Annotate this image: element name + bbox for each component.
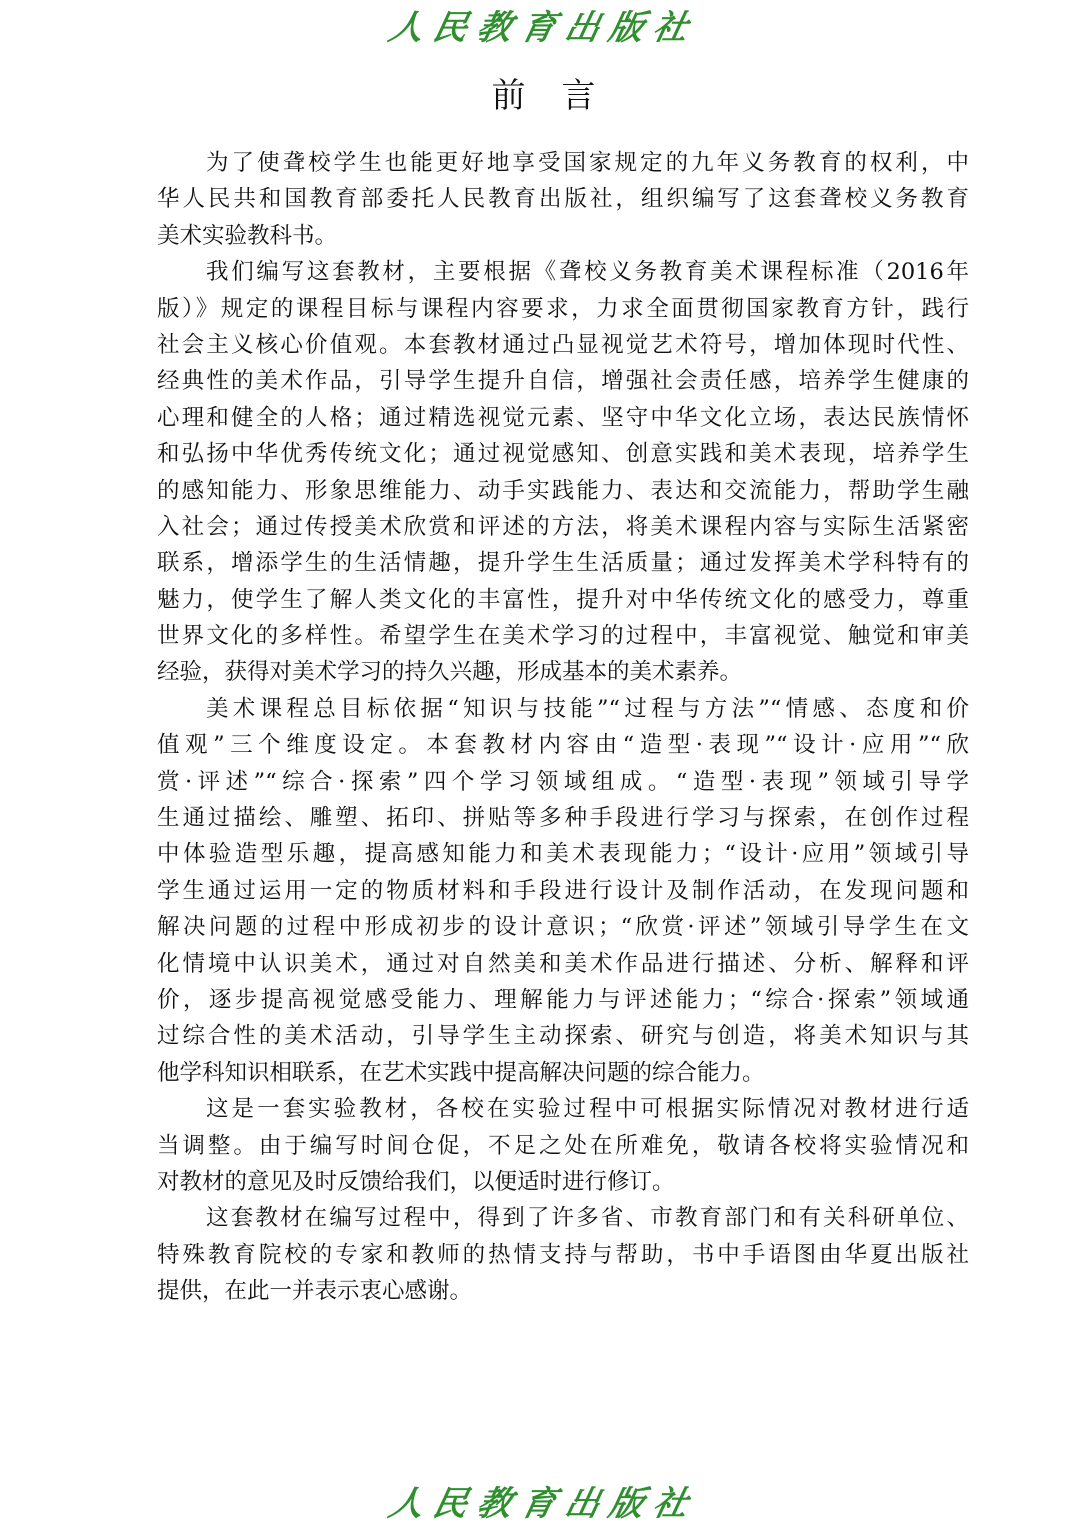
paragraph-4: 这是一套实验教材，各校在实验过程中可根据实际情况对教材进行适 当调整。由于编写时… bbox=[157, 1091, 969, 1200]
paragraph-line: 解决问题的过程中形成初步的设计意识；“欣赏·评述”领域引导学生在文 bbox=[157, 909, 969, 945]
page-title-char-2: 言 bbox=[562, 74, 596, 118]
paragraph-line: 提供，在此一并表示衷心感谢。 bbox=[157, 1273, 969, 1309]
paragraph-line: 的感知能力、形象思维能力、动手实践能力、表达和交流能力，帮助学生融 bbox=[157, 473, 969, 509]
paragraph-line: 和弘扬中华优秀传统文化；通过视觉感知、创意实践和美术表现，培养学生 bbox=[157, 436, 969, 472]
paragraph-line: 入社会；通过传授美术欣赏和评述的方法，将美术课程内容与实际生活紧密 bbox=[157, 509, 969, 545]
paragraph-5: 这套教材在编写过程中，得到了许多省、市教育部门和有关科研单位、 特殊教育院校的专… bbox=[157, 1200, 969, 1309]
publisher-logo-header: 人民教育出版社 bbox=[0, 8, 1087, 48]
paragraph-1: 为了使聋校学生也能更好地享受国家规定的九年义务教育的权利，中 华人民共和国教育部… bbox=[157, 145, 969, 254]
page-title: 前言 bbox=[0, 74, 1087, 118]
paragraph-line: 我们编写这套教材，主要根据《聋校义务教育美术课程标准（2016年 bbox=[157, 254, 969, 290]
paragraph-line: 值观”三个维度设定。本套教材内容由“造型·表现”“设计·应用”“欣 bbox=[157, 727, 969, 763]
paragraph-line: 经典性的美术作品，引导学生提升自信，增强社会责任感，培养学生健康的 bbox=[157, 363, 969, 399]
paragraph-line: 经验，获得对美术学习的持久兴趣，形成基本的美术素养。 bbox=[157, 654, 969, 690]
paragraph-line: 生通过描绘、雕塑、拓印、拼贴等多种手段进行学习与探索，在创作过程 bbox=[157, 800, 969, 836]
paragraph-line: 当调整。由于编写时间仓促，不足之处在所难免，敬请各校将实验情况和 bbox=[157, 1128, 969, 1164]
paragraph-3: 美术课程总目标依据“知识与技能”“过程与方法”“情感、态度和价 值观”三个维度设… bbox=[157, 691, 969, 1091]
paragraph-2: 我们编写这套教材，主要根据《聋校义务教育美术课程标准（2016年 版）》规定的课… bbox=[157, 254, 969, 691]
paragraph-line: 特殊教育院校的专家和教师的热情支持与帮助，书中手语图由华夏出版社 bbox=[157, 1237, 969, 1273]
paragraph-line: 学生通过运用一定的物质材料和手段进行设计及制作活动，在发现问题和 bbox=[157, 873, 969, 909]
paragraph-line: 价，逐步提高视觉感受能力、理解能力与评述能力；“综合·探索”领域通 bbox=[157, 982, 969, 1018]
paragraph-line: 这套教材在编写过程中，得到了许多省、市教育部门和有关科研单位、 bbox=[157, 1200, 969, 1236]
publisher-logo-footer: 人民教育出版社 bbox=[0, 1484, 1087, 1524]
paragraph-line: 对教材的意见及时反馈给我们，以便适时进行修订。 bbox=[157, 1164, 969, 1200]
paragraph-line: 版）》规定的课程目标与课程内容要求，力求全面贯彻国家教育方针，践行 bbox=[157, 291, 969, 327]
paragraph-line: 美术实验教科书。 bbox=[157, 218, 969, 254]
paragraph-line: 社会主义核心价值观。本套教材通过凸显视觉艺术符号，增加体现时代性、 bbox=[157, 327, 969, 363]
page-title-char-1: 前 bbox=[492, 74, 526, 118]
paragraph-line: 化情境中认识美术，通过对自然美和美术作品进行描述、分析、解释和评 bbox=[157, 946, 969, 982]
paragraph-line: 赏·评述”“综合·探索”四个学习领域组成。“造型·表现”领域引导学 bbox=[157, 764, 969, 800]
paragraph-line: 为了使聋校学生也能更好地享受国家规定的九年义务教育的权利，中 bbox=[157, 145, 969, 181]
paragraph-line: 联系，增添学生的生活情趣，提升学生生活质量；通过发挥美术学科特有的 bbox=[157, 545, 969, 581]
paragraph-line: 过综合性的美术活动，引导学生主动探索、研究与创造，将美术知识与其 bbox=[157, 1018, 969, 1054]
paragraph-line: 华人民共和国教育部委托人民教育出版社，组织编写了这套聋校义务教育 bbox=[157, 181, 969, 217]
paragraph-line: 心理和健全的人格；通过精选视觉元素、坚守中华文化立场，表达民族情怀 bbox=[157, 400, 969, 436]
paragraph-line: 他学科知识相联系，在艺术实践中提高解决问题的综合能力。 bbox=[157, 1055, 969, 1091]
paragraph-line: 世界文化的多样性。希望学生在美术学习的过程中，丰富视觉、触觉和审美 bbox=[157, 618, 969, 654]
paragraph-line: 这是一套实验教材，各校在实验过程中可根据实际情况对教材进行适 bbox=[157, 1091, 969, 1127]
paragraph-line: 中体验造型乐趣，提高感知能力和美术表现能力；“设计·应用”领域引导 bbox=[157, 836, 969, 872]
paragraph-line: 魅力，使学生了解人类文化的丰富性，提升对中华传统文化的感受力，尊重 bbox=[157, 582, 969, 618]
preface-body: 为了使聋校学生也能更好地享受国家规定的九年义务教育的权利，中 华人民共和国教育部… bbox=[157, 145, 969, 1310]
paragraph-line: 美术课程总目标依据“知识与技能”“过程与方法”“情感、态度和价 bbox=[157, 691, 969, 727]
